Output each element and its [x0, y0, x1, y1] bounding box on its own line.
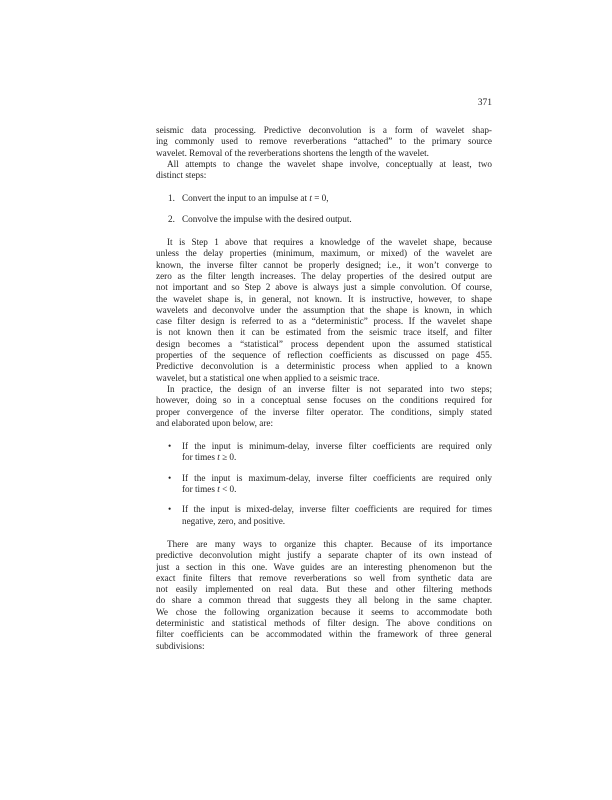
text-line: It is Step 1 above that requires a knowl…	[156, 237, 492, 248]
page-number: 371	[156, 98, 492, 109]
bullet-icon: •	[168, 441, 182, 464]
text-line: All attempts to change the wavelet shape…	[156, 159, 492, 170]
text-line: case filter design is referred to as a “…	[156, 316, 492, 327]
text-line: zero as the filter length increases. The…	[156, 271, 492, 282]
item-number: 1.	[168, 193, 182, 204]
text-line: Convert the input to an impulse at t = 0…	[182, 193, 492, 204]
text-line: filter coefficients can be accommodated …	[156, 629, 492, 640]
text-line: proper convergence of the inverse filter…	[156, 407, 492, 418]
text-line: There are many ways to organize this cha…	[156, 539, 492, 550]
page-body: seismic data processing. Predictive deco…	[156, 125, 492, 652]
list-item-text: If the input is minimum-delay, inverse f…	[182, 441, 492, 464]
text-line: exact finite filters that remove reverbe…	[156, 573, 492, 584]
list-item: •If the input is maximum-delay, inverse …	[156, 473, 492, 496]
list-item: •If the input is mixed-delay, inverse fi…	[156, 504, 492, 527]
text-line: do share a common thread that suggests t…	[156, 595, 492, 606]
text-line: the wavelet shape is, in general, not kn…	[156, 294, 492, 305]
bullet-icon: •	[168, 473, 182, 496]
list-item-text: Convolve the impulse with the desired ou…	[182, 214, 492, 225]
text-line: wavelets and deconvolve under the assump…	[156, 305, 492, 316]
text-line: properties of the sequence of reflection…	[156, 350, 492, 361]
text-line: deterministic and statistical methods of…	[156, 618, 492, 629]
text-line: known, the inverse filter cannot be prop…	[156, 260, 492, 271]
list-item-text: If the input is maximum-delay, inverse f…	[182, 473, 492, 496]
book-page: 371 seismic data processing. Predictive …	[0, 0, 612, 800]
list-item: 2.Convolve the impulse with the desired …	[156, 214, 492, 225]
math-var-t: t	[217, 452, 220, 462]
text-line: for times t < 0.	[182, 484, 492, 495]
item-number: 2.	[168, 214, 182, 225]
text-line: subdivisions:	[156, 641, 492, 652]
text-line: wavelet, but a statistical one when appl…	[156, 373, 492, 384]
text-line: for times t ≥ 0.	[182, 452, 492, 463]
text-line: negative, zero, and positive.	[182, 516, 492, 527]
text-line: not important and so Step 2 above is alw…	[156, 282, 492, 293]
math-var-t: t	[217, 484, 220, 494]
list-item: 1.Convert the input to an impulse at t =…	[156, 193, 492, 204]
list-item-text: Convert the input to an impulse at t = 0…	[182, 193, 492, 204]
text-line: If the input is maximum-delay, inverse f…	[182, 473, 492, 484]
text-line: wavelet. Removal of the reverberations s…	[156, 148, 492, 159]
text-line: ing commonly used to remove reverberatio…	[156, 136, 492, 147]
numbered-list: 1.Convert the input to an impulse at t =…	[156, 193, 492, 225]
paragraph: In practice, the design of an inverse fi…	[156, 384, 492, 429]
text-line: Predictive deconvolution is a determinis…	[156, 361, 492, 372]
text-line: design becomes a “statistical” process d…	[156, 339, 492, 350]
paragraph: There are many ways to organize this cha…	[156, 539, 492, 652]
text-line: If the input is minimum-delay, inverse f…	[182, 441, 492, 452]
text-line: predictive deconvolution might justify a…	[156, 550, 492, 561]
paragraph: seismic data processing. Predictive deco…	[156, 125, 492, 159]
text-line: unless the delay properties (minimum, ma…	[156, 248, 492, 259]
text-line: is not known then it can be estimated fr…	[156, 327, 492, 338]
text-line: Convolve the impulse with the desired ou…	[182, 214, 492, 225]
text-line: In practice, the design of an inverse fi…	[156, 384, 492, 395]
bullet-icon: •	[168, 504, 182, 527]
text-line: not easily implemented on real data. But…	[156, 584, 492, 595]
text-line: If the input is mixed-delay, inverse fil…	[182, 504, 492, 515]
math-var-t: t	[309, 193, 312, 203]
text-line: seismic data processing. Predictive deco…	[156, 125, 492, 136]
bullet-list: •If the input is minimum-delay, inverse …	[156, 441, 492, 527]
list-item-text: If the input is mixed-delay, inverse fil…	[182, 504, 492, 527]
text-line: We chose the following organization beca…	[156, 607, 492, 618]
paragraph: All attempts to change the wavelet shape…	[156, 159, 492, 182]
text-line: however, doing so in a conceptual sense …	[156, 395, 492, 406]
list-item: •If the input is minimum-delay, inverse …	[156, 441, 492, 464]
text-line: just a section in this one. Wave guides …	[156, 562, 492, 573]
text-line: and elaborated upon below, are:	[156, 418, 492, 429]
text-line: distinct steps:	[156, 170, 492, 181]
paragraph: It is Step 1 above that requires a knowl…	[156, 237, 492, 384]
